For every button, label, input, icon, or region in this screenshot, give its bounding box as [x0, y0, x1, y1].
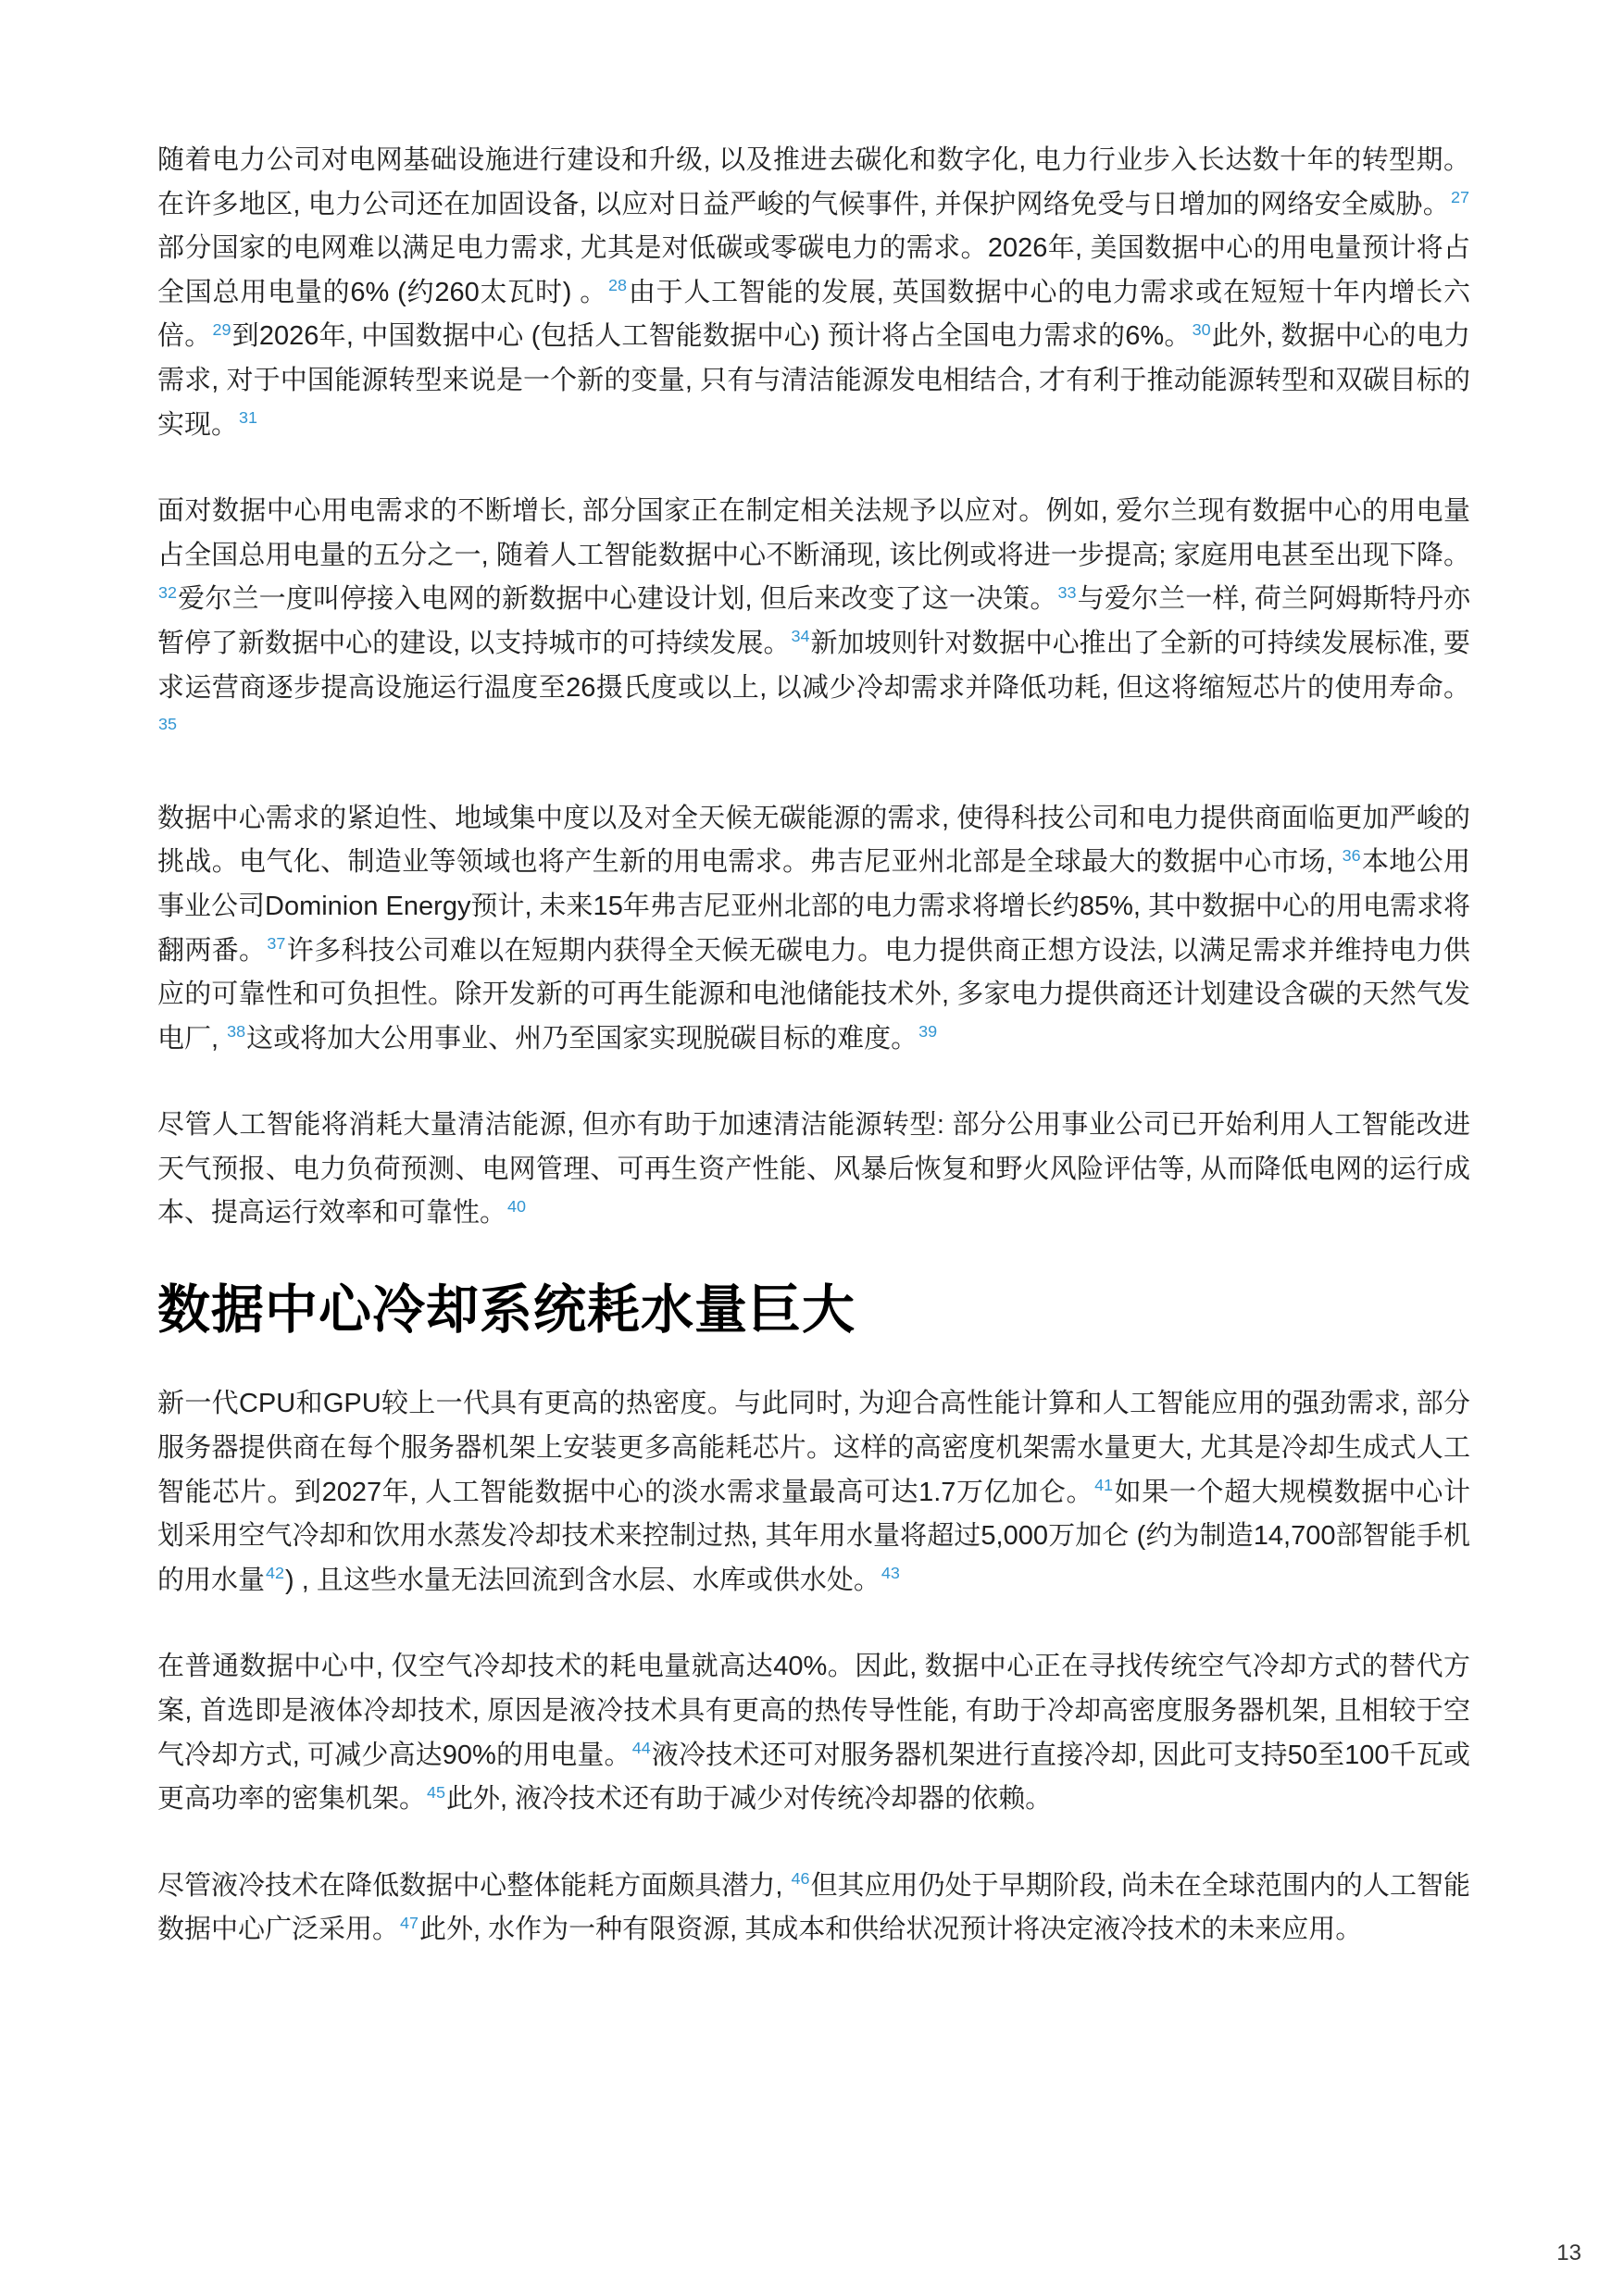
body-text: 尽管液冷技术在降低数据中心整体能耗方面颇具潜力, [157, 1871, 790, 1901]
document-page: 随着电力公司对电网基础设施进行建设和升级, 以及推进去碳化和数字化, 电力行业步… [0, 0, 1624, 2296]
footnote-ref[interactable]: 33 [1057, 583, 1078, 602]
body-text: 面对数据中心用电需求的不断增长, 部分国家正在制定相关法规予以应对。例如, 爱尔… [157, 496, 1470, 570]
paragraph-regulations: 面对数据中心用电需求的不断增长, 部分国家正在制定相关法规予以应对。例如, 爱尔… [157, 490, 1470, 755]
paragraph-demand-challenges: 数据中心需求的紧迫性、地域集中度以及对全天候无碳能源的需求, 使得科技公司和电力… [157, 797, 1470, 1062]
body-text: 此外, 液冷技术还有助于减少对传统冷却器的依赖。 [446, 1784, 1052, 1814]
paragraph-cooling-outlook: 尽管液冷技术在降低数据中心整体能耗方面颇具潜力, 46但其应用仍处于早期阶段, … [157, 1865, 1470, 1953]
body-text: ) , 且这些水量无法回流到含水层、水库或供水处。 [285, 1566, 881, 1595]
body-text: 这或将加大公用事业、州乃至国家实现脱碳目标的难度。 [246, 1024, 918, 1054]
body-text: 此外, 水作为一种有限资源, 其成本和供给状况预计将决定液冷技术的未来应用。 [419, 1915, 1362, 1944]
footnote-ref[interactable]: 35 [157, 715, 178, 733]
paragraph-ai-clean-energy: 尽管人工智能将消耗大量清洁能源, 但亦有助于加速清洁能源转型: 部分公用事业公司… [157, 1104, 1470, 1236]
page-content: 随着电力公司对电网基础设施进行建设和升级, 以及推进去碳化和数字化, 电力行业步… [0, 0, 1624, 1953]
footnote-ref[interactable]: 31 [238, 408, 258, 427]
body-text: 随着电力公司对电网基础设施进行建设和升级, 以及推进去碳化和数字化, 电力行业步… [157, 145, 1470, 219]
body-text: 数据中心需求的紧迫性、地域集中度以及对全天候无碳能源的需求, 使得科技公司和电力… [157, 804, 1470, 878]
footnote-ref[interactable]: 30 [1192, 320, 1212, 339]
footnote-ref[interactable]: 46 [790, 1869, 810, 1888]
footnote-ref[interactable]: 37 [266, 934, 286, 953]
body-text: 尽管人工智能将消耗大量清洁能源, 但亦有助于加速清洁能源转型: 部分公用事业公司… [157, 1110, 1470, 1228]
footnote-ref[interactable]: 29 [211, 320, 231, 339]
body-text: 到2026年, 中国数据中心 (包括人工智能数据中心) 预计将占全国电力需求的6… [231, 321, 1191, 351]
footnote-ref[interactable]: 38 [226, 1022, 246, 1041]
footnote-ref[interactable]: 36 [1342, 846, 1362, 865]
footnote-ref[interactable]: 32 [157, 583, 178, 602]
footnote-ref[interactable]: 27 [1450, 188, 1470, 206]
footnote-ref[interactable]: 39 [918, 1022, 938, 1041]
paragraph-grid-transition: 随着电力公司对电网基础设施进行建设和升级, 以及推进去碳化和数字化, 电力行业步… [157, 139, 1470, 447]
footnote-ref[interactable]: 45 [426, 1783, 446, 1802]
footnote-ref[interactable]: 43 [881, 1564, 901, 1582]
section-heading: 数据中心冷却系统耗水量巨大 [157, 1279, 1470, 1341]
footnote-ref[interactable]: 44 [631, 1739, 652, 1757]
body-text: 爱尔兰一度叫停接入电网的新数据中心建设计划, 但后来改变了这一决策。 [178, 584, 1057, 614]
footnote-ref[interactable]: 40 [506, 1197, 527, 1216]
footnote-ref[interactable]: 41 [1093, 1476, 1114, 1494]
footnote-ref[interactable]: 47 [399, 1914, 419, 1932]
footnote-ref[interactable]: 34 [790, 627, 810, 645]
footnote-ref[interactable]: 28 [607, 276, 628, 294]
paragraph-water-demand: 新一代CPU和GPU较上一代具有更高的热密度。与此同时, 为迎合高性能计算和人工… [157, 1382, 1470, 1603]
paragraph-liquid-cooling: 在普通数据中心中, 仅空气冷却技术的耗电量就高达40%。因此, 数据中心正在寻找… [157, 1645, 1470, 1821]
page-number: 13 [1556, 2240, 1581, 2266]
footnote-ref[interactable]: 42 [265, 1564, 285, 1582]
